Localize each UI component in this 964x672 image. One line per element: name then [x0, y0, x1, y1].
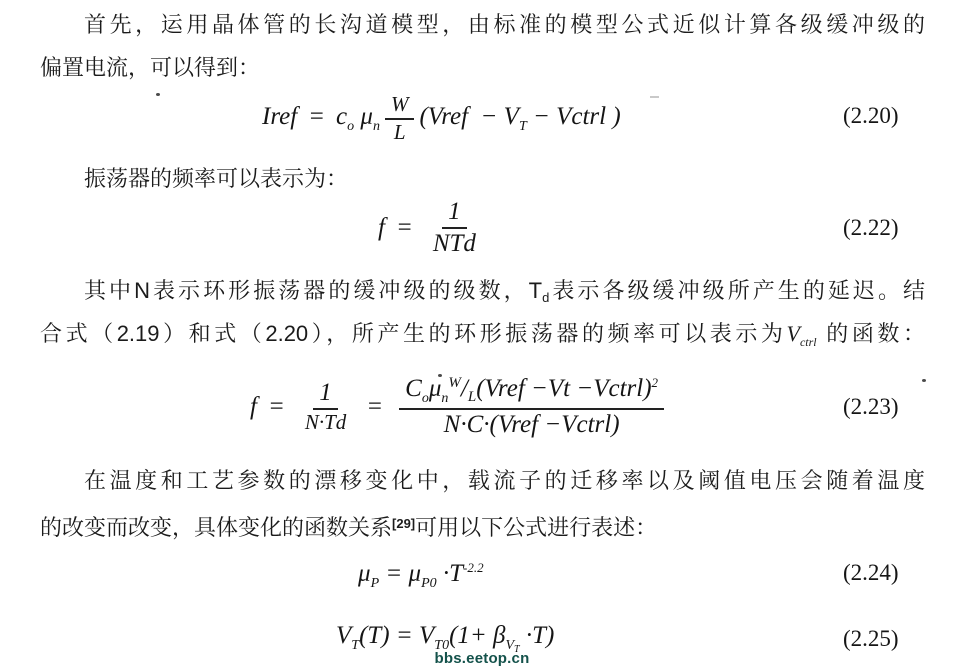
- fraction-denominator: N·C·(Vref −Vctrl): [440, 410, 624, 439]
- scan-speck: [156, 93, 160, 96]
- p4-text-b: 可用以下公式进行表述：: [415, 515, 657, 540]
- eq223-mu: μ: [429, 375, 442, 402]
- paragraph-3-line-1: 其中N表示环形振荡器的缓冲级的级数，Td表示各级缓冲级所产生的延迟。结: [40, 276, 925, 306]
- eq220-tail-group: (Vref − VT − Vctrl ): [419, 103, 620, 135]
- fraction-numerator: W: [385, 93, 415, 120]
- eq224-t: ·T: [437, 560, 463, 587]
- paragraph-4-line-2: 的改变而改变，具体变化的函数关系[29]可用以下公式进行表述：: [40, 509, 925, 539]
- one-over-ntd-fraction: 1N·Td: [301, 379, 350, 435]
- p3-text-d: 的函数：: [817, 321, 925, 346]
- eq225-tail: ·T): [520, 622, 555, 649]
- equals-sign: =: [379, 560, 408, 587]
- equation-2-23: f= 1N·Td = CoμnW/L(Vref −Vt −Vctrl)2 N·C…: [250, 366, 669, 448]
- equation-number-2-23: (2.23): [843, 394, 899, 420]
- paragraph-1-line-1: 首先，运用晶体管的长沟道模型，由标准的模型公式近似计算各级缓冲级的: [40, 10, 925, 40]
- document-page: 首先，运用晶体管的长沟道模型，由标准的模型公式近似计算各级缓冲级的 偏置电流，可…: [0, 0, 964, 672]
- eq225-v1: V: [336, 622, 351, 649]
- eq225-mid: (T) = V: [359, 622, 434, 649]
- eq223-lhs-group: f=: [250, 393, 296, 421]
- equals-sign: =: [385, 214, 424, 241]
- equation-2-20: Iref=co μn WL (Vref − VT − Vctrl ): [262, 91, 621, 147]
- watermark-bbs-eetop: bbs.eetop.cn: [0, 650, 964, 667]
- eq223-paren: (Vref −Vt −Vctrl): [476, 375, 651, 402]
- fraction-denominator: NTd: [429, 229, 480, 258]
- fraction-slash: /: [461, 375, 468, 402]
- one-over-ntd-fraction: 1NTd: [429, 198, 480, 258]
- equation-2-22-row: f= 1NTd (2.22): [0, 200, 964, 256]
- equals-sign: =: [355, 393, 394, 421]
- vctrl-variable: V: [787, 321, 800, 346]
- fraction-denominator: N·Td: [301, 410, 350, 435]
- equation-2-23-row: f= 1N·Td = CoμnW/L(Vref −Vt −Vctrl)2 N·C…: [0, 366, 964, 448]
- eq224-mu2: μ: [409, 560, 422, 587]
- fraction-numerator: 1: [313, 379, 338, 410]
- w-over-l-inline-fraction: W/L: [448, 375, 476, 402]
- p3-text-b: 表示各级缓冲级所产生的延迟。结: [549, 278, 925, 303]
- eq223-c-subscript: o: [422, 391, 429, 406]
- eq220-tail-end: − Vctrl ): [527, 103, 621, 130]
- equation-2-24-row: μP = μP0 ·T-2.2 (2.24): [0, 558, 964, 596]
- scan-speck: [650, 96, 659, 98]
- vctrl-subscript: ctrl: [800, 335, 817, 349]
- equals-sign: =: [297, 103, 336, 130]
- eq223-f: f: [250, 393, 257, 420]
- eq220-mu-subscript: n: [373, 119, 380, 134]
- fraction-numerator: CoμnW/L(Vref −Vt −Vctrl)2: [399, 375, 664, 410]
- main-fraction: CoμnW/L(Vref −Vt −Vctrl)2 N·C·(Vref −Vct…: [399, 375, 664, 439]
- eq222-f: f: [378, 214, 385, 241]
- eq222-lhs-group: f=: [378, 214, 424, 242]
- eq220-lhs-group: Iref=co μn: [262, 103, 380, 135]
- eq220-tail: (Vref − V: [419, 103, 518, 130]
- eq223-c: C: [405, 375, 422, 402]
- equation-2-22: f= 1NTd: [378, 200, 485, 256]
- fraction-numerator: 1: [442, 198, 467, 229]
- squared-exponent: 2: [652, 375, 659, 390]
- p4-text-a: 的改变而改变，具体变化的函数关系: [40, 515, 392, 540]
- eq220-iref: Iref: [262, 103, 297, 130]
- citation-29: [29]: [392, 516, 415, 531]
- p3-text-a: 其中N表示环形振荡器的缓冲级的级数，T: [84, 278, 542, 303]
- equation-2-24: μP = μP0 ·T-2.2: [358, 560, 484, 592]
- fraction-denominator: L: [390, 120, 410, 145]
- skew-denominator: L: [468, 389, 476, 405]
- equals-sign: =: [257, 393, 296, 420]
- eq220-c: c: [336, 103, 347, 130]
- equation-2-20-row: Iref=co μn WL (Vref − VT − Vctrl ) (2.20…: [0, 91, 964, 147]
- scan-speck: [438, 374, 442, 377]
- paragraph-2-line-1: 振荡器的频率可以表示为：: [40, 164, 925, 194]
- skew-numerator: W: [448, 375, 461, 391]
- eq220-vt-subscript: T: [519, 119, 527, 134]
- equation-number-2-24: (2.24): [843, 560, 899, 586]
- w-over-l-fraction: WL: [385, 93, 415, 144]
- equation-number-2-25: (2.25): [843, 626, 899, 652]
- eq225-open: (1+ β: [449, 622, 505, 649]
- eq224-mu2-subscript: P0: [421, 576, 437, 591]
- equation-number-2-20: (2.20): [843, 103, 899, 129]
- eq224-exponent: -2.2: [463, 560, 484, 575]
- scan-speck: [922, 379, 926, 382]
- p3-text-c: 合式（2.19）和式（2.20），所产生的环形振荡器的频率可以表示为: [40, 321, 787, 346]
- eq224-mu1: μ: [358, 560, 371, 587]
- paragraph-3-line-2: 合式（2.19）和式（2.20），所产生的环形振荡器的频率可以表示为Vctrl …: [40, 319, 925, 349]
- paragraph-1-line-2: 偏置电流，可以得到：: [40, 53, 925, 83]
- equation-number-2-22: (2.22): [843, 215, 899, 241]
- paragraph-4-line-1: 在温度和工艺参数的漂移变化中，载流子的迁移率以及阈值电压会随着温度: [40, 466, 925, 496]
- eq220-c-subscript: o: [347, 119, 354, 134]
- eq220-mu: μ: [360, 103, 373, 130]
- eq224-mu1-subscript: P: [371, 576, 380, 591]
